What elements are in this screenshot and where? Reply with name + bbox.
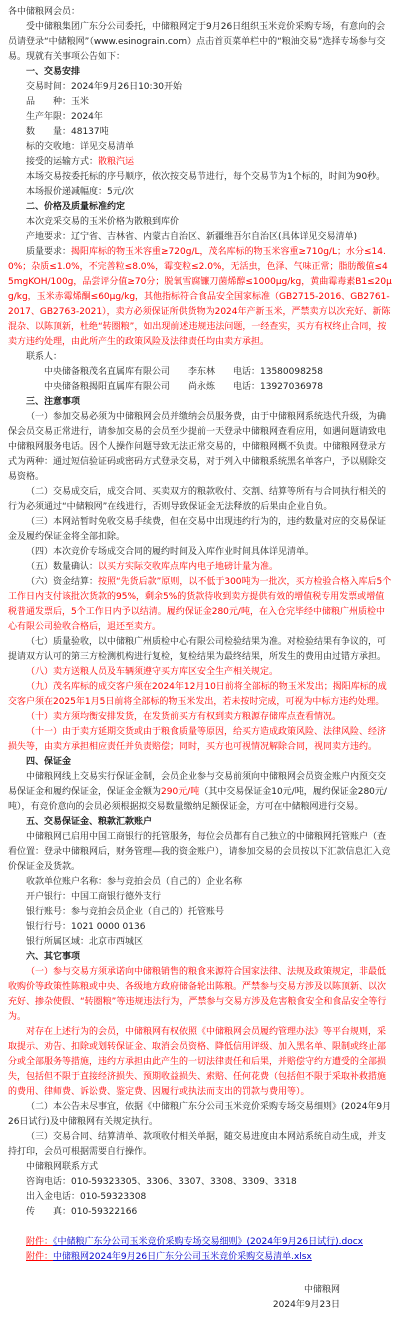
contact-label: 联系人：	[8, 350, 392, 365]
section-5-title: 五、交易保证金、粮款汇款账户	[8, 815, 392, 830]
other-item-1-continued: 对存在上述行为的会员，中储粮网有权依照《中储粮网会员履约管理办法》等平台规则，采…	[8, 1025, 392, 1100]
notice-item-9: （九）茂名库标的成交客户须在2024年12月10日前将全部标的物玉米发出；揭阳库…	[8, 680, 392, 710]
trade-time-line: 交易时间：2024年9月26日10:30开始	[8, 80, 392, 95]
other-item-3: （三）交易合同、结算清单、款项收付相关单据，随交易进度由本网站系统自动生成，并支…	[8, 1130, 392, 1160]
notice-item-4: （四）本次竞价专场成交合同的履约时间及入库作业时间具体详见清单。	[8, 545, 392, 560]
signature-org: 中储粮网	[8, 1283, 340, 1298]
remittance-intro-paragraph: 中储粮网已启用中国工商银行的托管服务，每位会员都有自己独立的中储粮网托管账户（查…	[8, 830, 392, 875]
notice-item-10: （十）卖方须均衡安排发货，在发货前买方有权到卖方粮源存储库点查看情况。	[8, 710, 392, 725]
notice-item-1: （一）参加交易必须为中储粮网会员并缴纳会员服务费，由于中储粮网系统迭代升级，为确…	[8, 410, 392, 485]
section-4-title: 四、保证金	[8, 755, 392, 770]
salutation: 各中储粮网会员：	[8, 5, 392, 20]
bank-account-name-line: 收款单位账户名称：参与竞拍会员（自己的）企业名称	[8, 875, 392, 890]
signature-block: 中储粮网 2024年9月23日	[8, 1283, 392, 1313]
fund-phone-line: 出入金电话：010-59323308	[8, 1190, 392, 1205]
quality-text: 揭阳库标的物玉米容重≥720g/L，茂名库标的物玉米容重≥710g/L；水分≤1…	[8, 247, 392, 347]
attachment-row-list: 附件：中储粮网2024年9月26日广东分公司玉米竞价采购交易清单.xlsx	[8, 1250, 392, 1265]
session-rule-line: 本场交易按委托标的序号顺序，依次按交易节进行，每个交易节为1个标的，时间为90秒…	[8, 170, 392, 185]
quality-requirement-paragraph: 质量要求：揭阳库标的物玉米容重≥720g/L，茂名库标的物玉米容重≥710g/L…	[8, 245, 392, 350]
signature-date: 2024年9月23日	[8, 1298, 340, 1313]
section-1-title: 一、交易安排	[8, 65, 392, 80]
announcement-document: 各中储粮网会员： 受中储粮集团广东分公司委托，中储粮网定于9月26日组织玉米竞价…	[0, 0, 400, 1321]
attachment-label: 附件：	[26, 1252, 53, 1262]
price-basis-line: 本次竞采交易的玉米价格为散粮到库价	[8, 215, 392, 230]
notice-item-2: （二）交易成交后，成交合同、买卖双方的粮款收付、交割、结算等所有与合同执行相关的…	[8, 485, 392, 515]
price-decrement-line: 本场报价递减幅度：5元/次	[8, 185, 392, 200]
transport-line: 接受的运输方式：散粮汽运	[8, 155, 392, 170]
transport-value: 散粮汽运	[98, 157, 134, 167]
other-item-2: （二）本公告未尽事宜，依据《中储粮广东分公司玉米竞价采购专场交易细则》(2024…	[8, 1100, 392, 1130]
origin-requirement-line: 产地要求：辽宁省、吉林省、内蒙古自治区、新疆维吾尔自治区(具体详见交易清单)	[8, 230, 392, 245]
variety-line: 品 种：玉米	[8, 95, 392, 110]
section-6-title: 六、其它事项	[8, 950, 392, 965]
notice-item-11: （十一）由于卖方延期交货或由于粮食质量等原因，给买方造成政策风险、法律风险、经济…	[8, 725, 392, 755]
quantity-line: 数 量：48137吨	[8, 125, 392, 140]
intro-paragraph: 受中储粮集团广东分公司委托，中储粮网定于9月26日组织玉米竞价采购专场，有意向的…	[8, 20, 392, 65]
notice-item-6-label: （六）资金结算：	[26, 577, 98, 587]
fax-line: 传 真：010-59322166	[8, 1205, 392, 1220]
deposit-paragraph: 中储粮网线上交易实行保证金制，会员企业参与交易前须向中储粮网会员资金账户内预交交…	[8, 770, 392, 815]
notice-item-3: （三）本网站暂时免收交易手续费，但在交易中出现违约行为的，违约数量对应的交易保证…	[8, 515, 392, 545]
bank-account-number-line: 银行账号：参与竞拍会员企业（自己的）托管账号	[8, 905, 392, 920]
production-year-line: 生产年限：2024年	[8, 110, 392, 125]
platform-contact-heading: 中储粮网联系方式	[8, 1160, 392, 1175]
attachment-label: 附件：	[26, 1237, 53, 1247]
transport-label: 接受的运输方式：	[26, 157, 98, 167]
attachment-link-list-xlsx[interactable]: 中储粮网2024年9月26日广东分公司玉米竞价采购交易清单.xlsx	[53, 1252, 312, 1262]
notice-item-5-label: （五）数量确认：	[26, 562, 98, 572]
attachment-row-rules: 附件：《中储粮广东分公司玉米竞价采购专场交易细则》(2024年9月26日试行).…	[8, 1235, 392, 1250]
notice-item-7: （七）质量验收，以中储粮广州质检中心有限公司检验结果为准。对检验结果有争议的，可…	[8, 635, 392, 665]
notice-item-8: （八）卖方送粮人员及车辆须遵守买方库区安全生产相关规定。	[8, 665, 392, 680]
deposit-amount: 290元/吨	[161, 787, 199, 797]
bank-name-line: 开户银行：中国工商银行德外支行	[8, 890, 392, 905]
quality-label: 质量要求：	[26, 247, 71, 257]
notice-item-5-text: 以买方实际交收库点库内电子地磅计量为准。	[98, 562, 278, 572]
bank-code-line: 银行行号：1021 0000 0136	[8, 920, 392, 935]
section-3-title: 三、注意事项	[8, 395, 392, 410]
spacer	[8, 1220, 392, 1235]
delivery-place-line: 标的交收地：详见交易清单	[8, 140, 392, 155]
contact-maoming-line: 中央储备粮茂名直属库有限公司 李东林 电话：13580098258	[8, 365, 392, 380]
bank-region-line: 银行所属区域：北京市西城区	[8, 935, 392, 950]
consult-phone-line: 咨询电话：010-59323305、3306、3307、3308、3309、33…	[8, 1175, 392, 1190]
notice-item-6: （六）资金结算：按照“先货后款”原则，以不低于300吨为一批次，买方检验合格入库…	[8, 575, 392, 635]
other-item-1: （一）参与交易方须承诺向中储粮销售的粮食来源符合国家法律、法规及政策规定，非最低…	[8, 965, 392, 1025]
attachment-link-rules-docx[interactable]: 《中储粮广东分公司玉米竞价采购专场交易细则》(2024年9月26日试行).doc…	[53, 1237, 363, 1247]
notice-item-5: （五）数量确认：以买方实际交收库点库内电子地磅计量为准。	[8, 560, 392, 575]
contact-jieyang-line: 中央储备粮揭阳直属库有限公司 尚永炼 电话：13927036978	[8, 380, 392, 395]
section-2-title: 二、价格及质量标准约定	[8, 200, 392, 215]
